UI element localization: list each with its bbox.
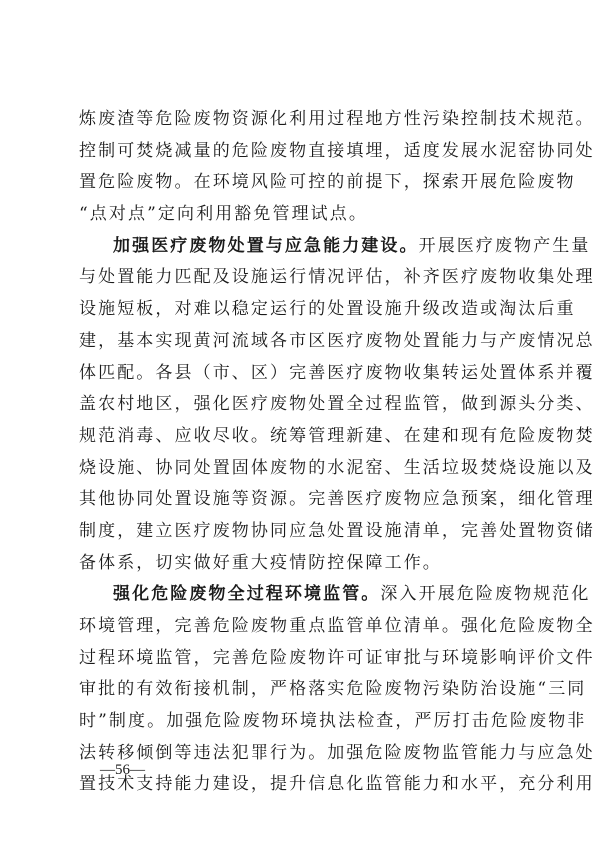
text-line: 审批的有效衔接机制，严格落实危险废物污染防治设施“三同: [79, 674, 515, 706]
text-line: 盖农村地区，强化医疗废物处置全过程监管，做到源头分类、: [79, 389, 515, 421]
text-line: 置危险废物。在环境风险可控的前提下，探索开展危险废物: [79, 167, 515, 199]
text-line: 与处置能力匹配及设施运行情况评估，补齐医疗废物收集处理: [79, 262, 515, 294]
page-number: —56—: [100, 762, 145, 779]
paragraph-heading: 强化危险废物全过程环境监管。: [113, 584, 380, 604]
text-line: 其他协同处置设施等资源。完善医疗废物应急预案，细化管理: [79, 484, 515, 516]
text-line: 时”制度。加强危险废物环境执法检查，严厉打击危险废物非: [79, 706, 515, 738]
text-span: 深入开展危险废物规范化: [380, 584, 590, 604]
paragraph-heading: 加强医疗废物处置与应急能力建设。: [113, 236, 419, 256]
text-line: “点对点”定向利用豁免管理试点。: [79, 199, 515, 231]
text-span: 开展医疗废物产生量: [419, 236, 591, 256]
paragraph-first-line: 强化危险废物全过程环境监管。深入开展危险废物规范化: [79, 579, 515, 611]
text-line: 炼废渣等危险废物资源化利用过程地方性污染控制技术规范。: [79, 104, 515, 136]
body-text: 炼废渣等危险废物资源化利用过程地方性污染控制技术规范。 控制可焚烧减量的危险废物…: [79, 104, 515, 801]
document-page: 炼废渣等危险废物资源化利用过程地方性污染控制技术规范。 控制可焚烧减量的危险废物…: [0, 0, 600, 848]
text-line: 过程环境监管，完善危险废物许可证审批与环境影响评价文件: [79, 643, 515, 675]
text-line: 控制可焚烧减量的危险废物直接填埋，适度发展水泥窑协同处: [79, 136, 515, 168]
text-line: 建，基本实现黄河流域各市区医疗废物处置能力与产废情况总: [79, 326, 515, 358]
text-line: 体匹配。各县（市、区）完善医疗废物收集转运处置体系并覆: [79, 358, 515, 390]
text-line: 制度，建立医疗废物协同应急处置设施清单，完善处置物资储: [79, 516, 515, 548]
text-line: 规范消毒、应收尽收。统筹管理新建、在建和现有危险废物焚: [79, 421, 515, 453]
text-line: 环境管理，完善危险废物重点监管单位清单。强化危险废物全: [79, 611, 515, 643]
text-line: 烧设施、协同处置固体废物的水泥窑、生活垃圾焚烧设施以及: [79, 453, 515, 485]
text-line: 备体系，切实做好重大疫情防控保障工作。: [79, 548, 515, 580]
paragraph-first-line: 加强医疗废物处置与应急能力建设。开展医疗废物产生量: [79, 231, 515, 263]
text-line: 设施短板，对难以稳定运行的处置设施升级改造或淘汰后重: [79, 294, 515, 326]
